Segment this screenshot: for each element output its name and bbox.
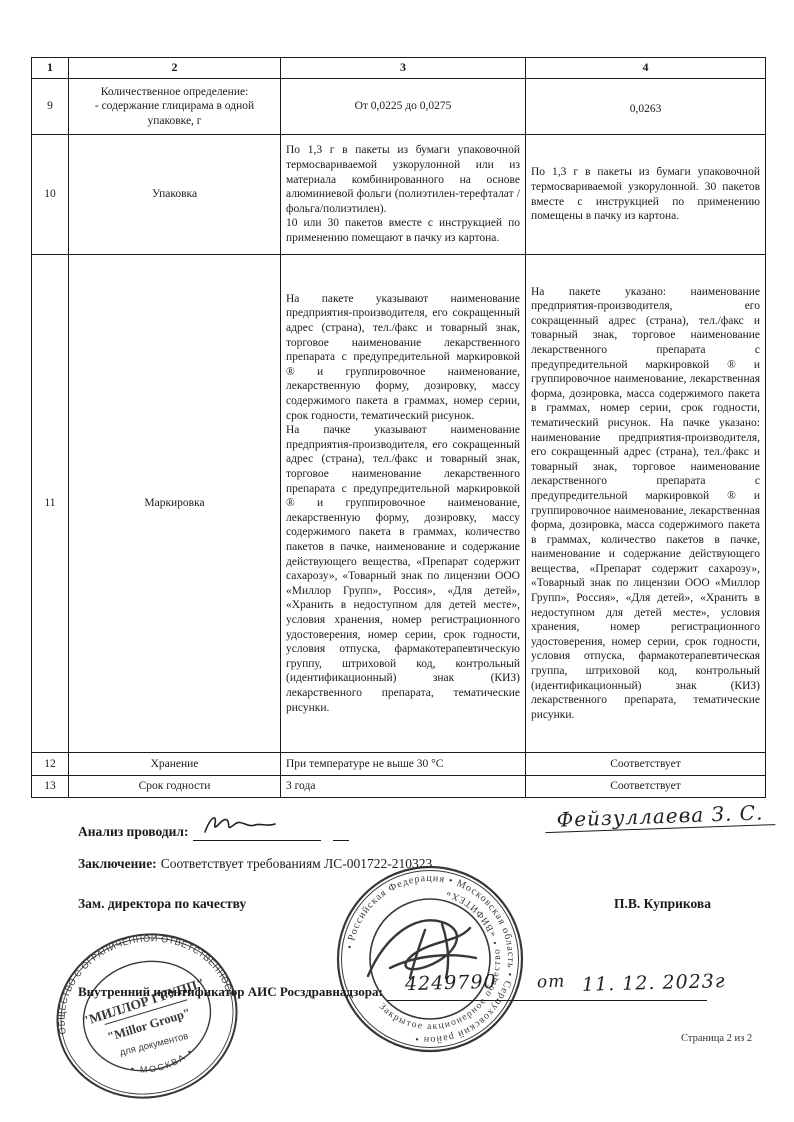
- signature-dash: [333, 820, 349, 841]
- cell-parameter: Упаковка: [69, 135, 281, 255]
- cell-parameter: Количественное определение: - содержание…: [69, 79, 281, 135]
- table-row: 9 Количественное определение: - содержан…: [32, 79, 766, 135]
- cell-parameter: Срок годности: [69, 776, 281, 798]
- cell-num: 11: [32, 255, 69, 753]
- internal-id-from: от: [537, 972, 566, 993]
- cell-result: На пакете указано: наименование предприя…: [526, 255, 766, 753]
- table-row: 12 Хранение При температуре не выше 30 °…: [32, 753, 766, 776]
- cell-num: 12: [32, 753, 69, 776]
- document-page: 1 2 3 4 9 Количественное определение: - …: [0, 0, 794, 1122]
- column-header: 1: [32, 58, 69, 79]
- analyst-name-handwritten: Фейзуллаева З. С.: [545, 800, 776, 833]
- oval-stamp-millor-group: ОБЩЕСТВО С ОГРАНИЧЕННОЙ ОТВЕТСТВЕННОСТЬЮ…: [34, 910, 260, 1122]
- cell-result: По 1,3 г в пакеты из бумаги упаковочной …: [526, 135, 766, 255]
- cell-requirement: По 1,3 г в пакеты из бумаги упаковочной …: [281, 135, 526, 255]
- cell-requirement: От 0,0225 до 0,0275: [281, 79, 526, 135]
- table-header-row: 1 2 3 4: [32, 58, 766, 79]
- table-row: 13 Срок годности 3 года Соответствует: [32, 776, 766, 798]
- cell-result: 0,0263: [526, 79, 766, 135]
- deputy-name: П.В. Куприкова: [614, 896, 711, 912]
- cell-num: 10: [32, 135, 69, 255]
- analyst-name-signature: Фейзуллаева З. С.: [545, 800, 781, 833]
- analysis-line: Анализ проводил:: [78, 820, 349, 841]
- cell-result: Соответствует: [526, 776, 766, 798]
- cell-parameter: Маркировка: [69, 255, 281, 753]
- column-header: 2: [69, 58, 281, 79]
- round-stamp-vifitech: • Российская Федерация • Московская обла…: [330, 858, 530, 1060]
- internal-id-date: 11. 12. 2023г: [582, 970, 726, 996]
- column-header: 3: [281, 58, 526, 79]
- table-row: 10 Упаковка По 1,3 г в пакеты из бумаги …: [32, 135, 766, 255]
- cell-num: 9: [32, 79, 69, 135]
- analysis-label: Анализ проводил:: [78, 824, 189, 839]
- deputy-title: Зам. директора по качеству: [78, 896, 246, 912]
- analysis-table: 1 2 3 4 9 Количественное определение: - …: [31, 57, 766, 798]
- cell-result: Соответствует: [526, 753, 766, 776]
- cell-parameter: Хранение: [69, 753, 281, 776]
- cell-requirement: При температуре не выше 30 °С: [281, 753, 526, 776]
- director-signature: [368, 920, 476, 978]
- analyst-signature: [193, 820, 321, 841]
- cell-requirement: 3 года: [281, 776, 526, 798]
- page-number: Страница 2 из 2: [681, 1033, 752, 1044]
- table-row: 11 Маркировка На пакете указывают наимен…: [32, 255, 766, 753]
- column-header: 4: [526, 58, 766, 79]
- conclusion-label: Заключение:: [78, 856, 157, 871]
- cell-requirement: На пакете указывают наименование предпри…: [281, 255, 526, 753]
- cell-num: 13: [32, 776, 69, 798]
